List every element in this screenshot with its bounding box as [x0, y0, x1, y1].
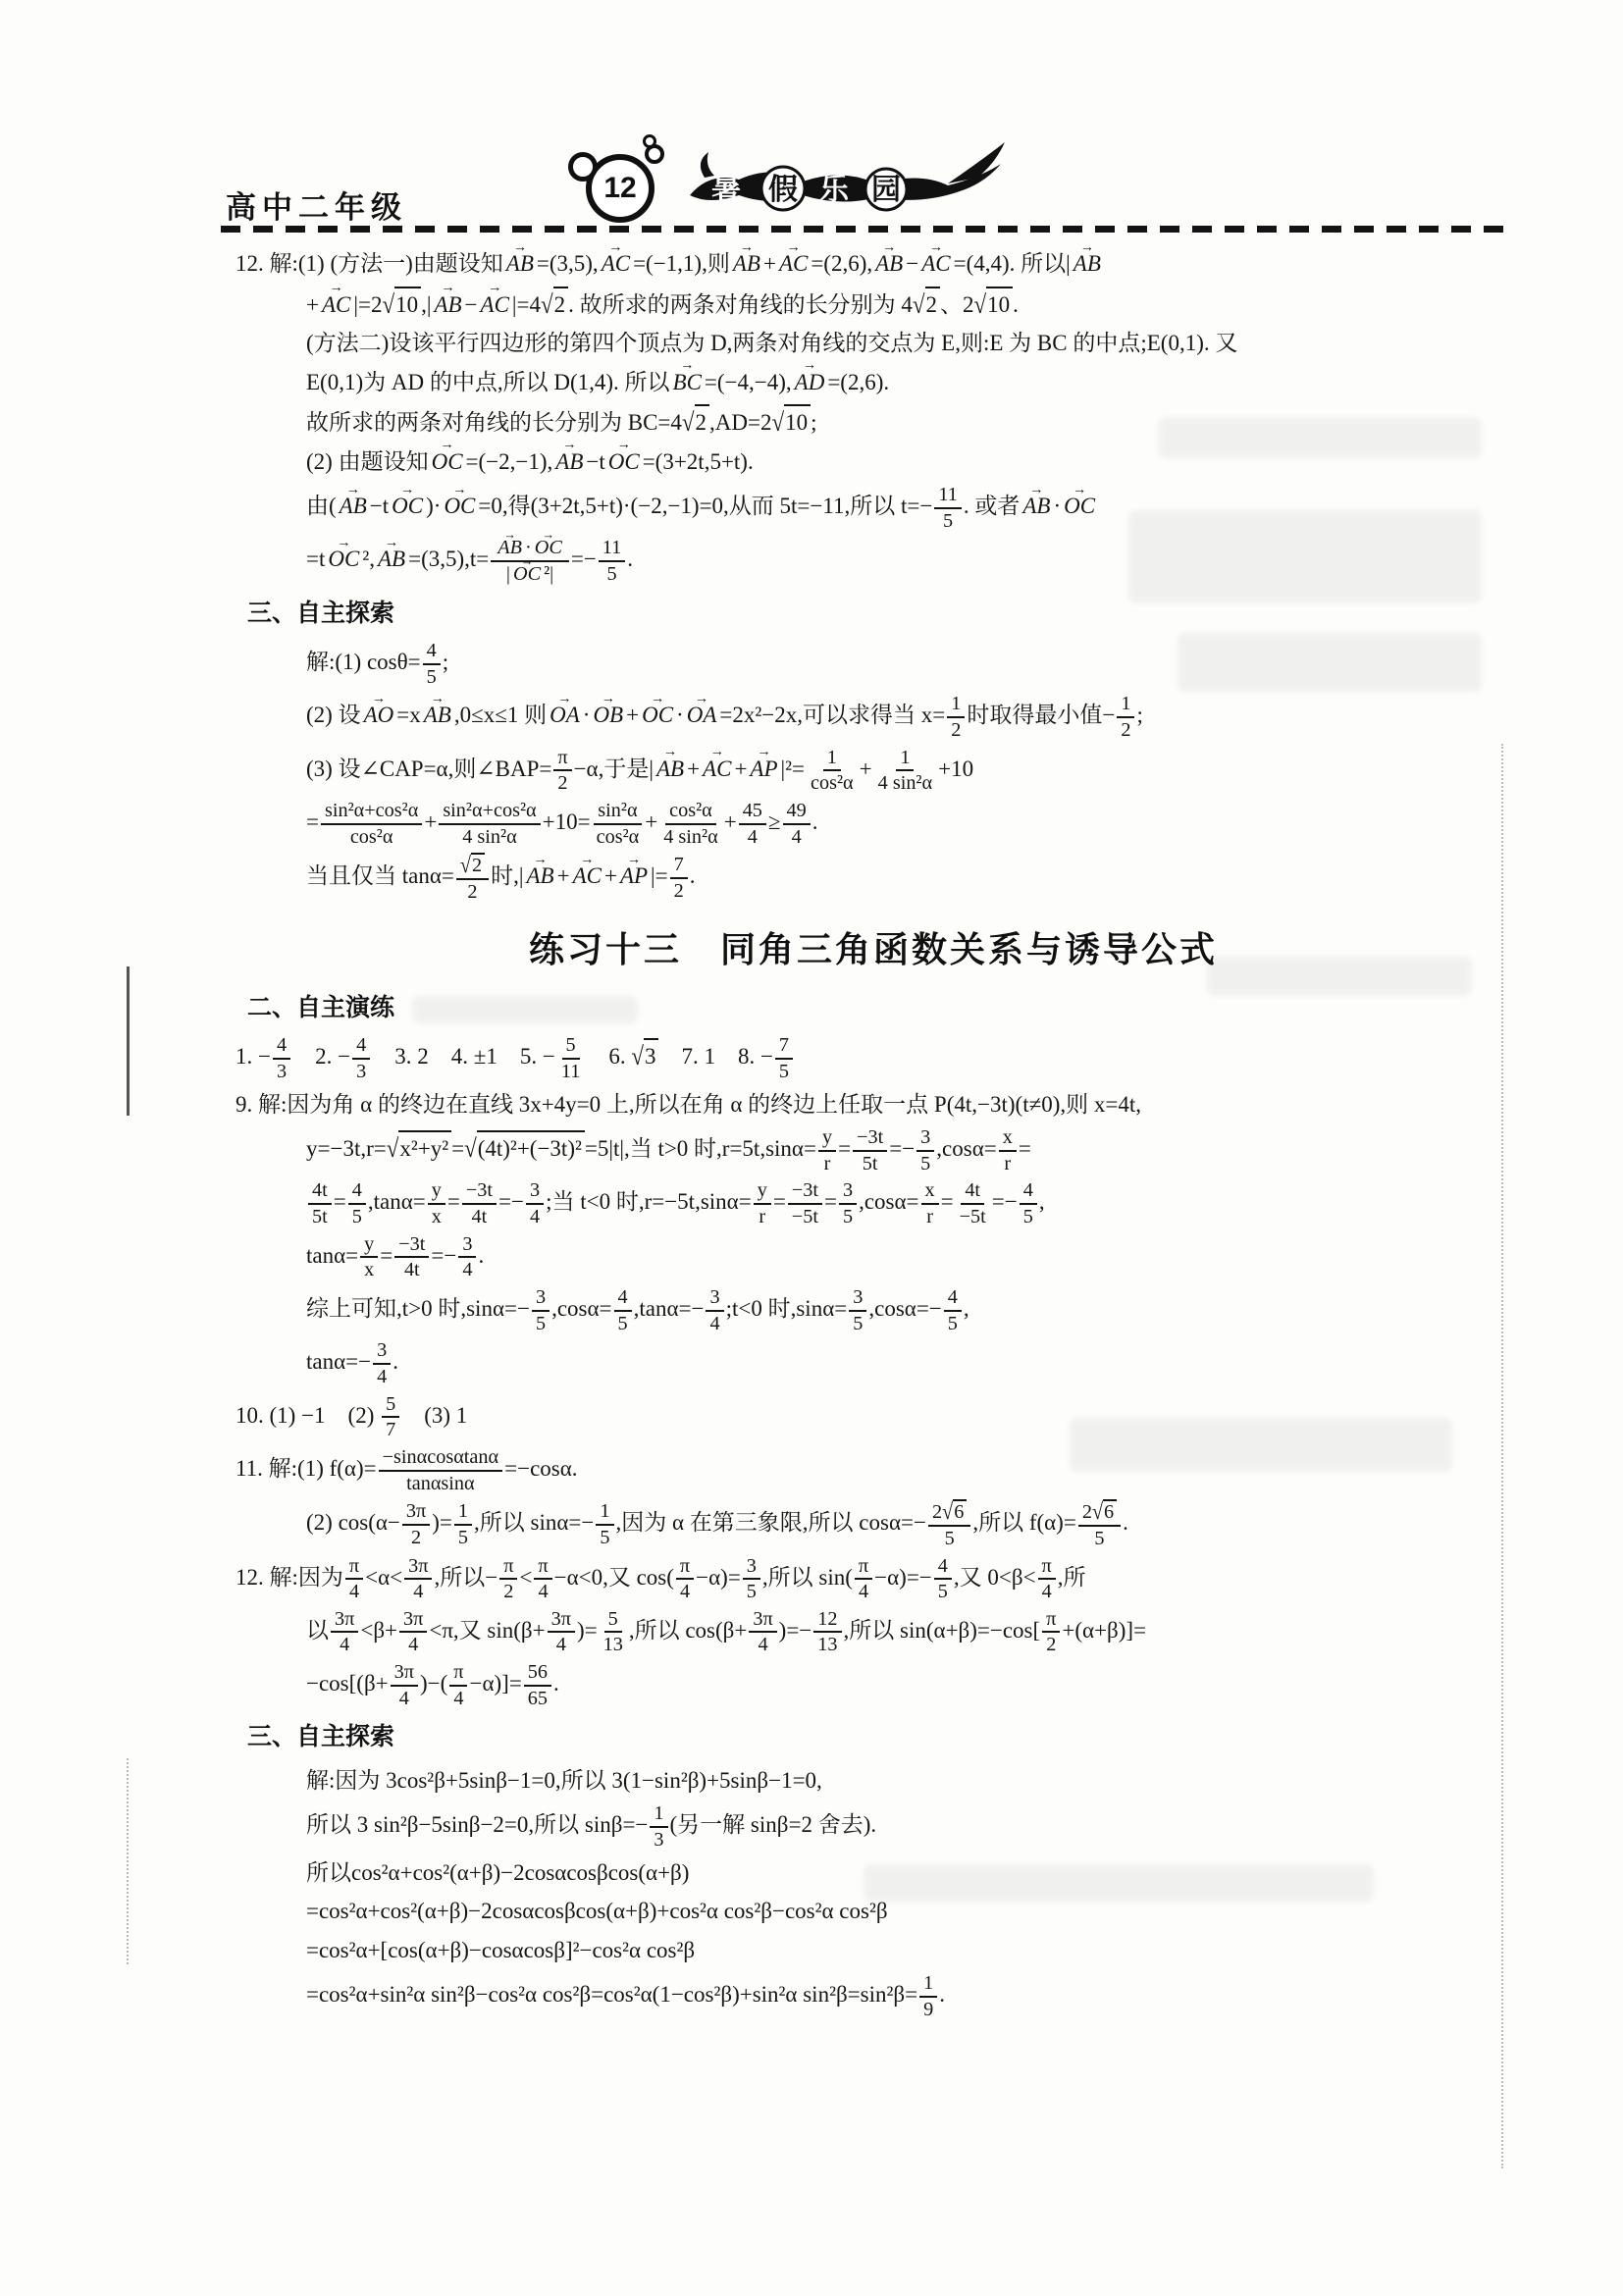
- text-line: tanα=yx=−3t4t=−34.: [306, 1233, 1511, 1281]
- explore-1-solution: 解:(1) cosθ=45;(2) 设AO=xAB,0≤x≤1 则OA·OB+O…: [236, 640, 1511, 904]
- decor-char: 暑: [711, 174, 741, 206]
- practice-answers: 1. −43 2. −43 3. 2 4. ±1 5. −511 6. √3 7…: [236, 1034, 1511, 1709]
- scan-artifact-left-edge-mark: [127, 1758, 131, 1964]
- problem-12-solution: 12. 解:(1) (方法一)由题设知AB=(3,5),AC=(−1,1),则A…: [236, 247, 1511, 586]
- exercise-title: 练习十三 同角三角函数关系与诱导公式: [236, 923, 1511, 976]
- text-line: 所以cos²α+cos²(α+β)−2cosαcosβcos(α+β): [306, 1856, 1511, 1891]
- text-line: y=−3t,r=√x²+y²=√(4t)²+(−3t)²=5|t|,当 t>0 …: [306, 1126, 1511, 1174]
- text-line: =cos²α+sin²α sin²β−cos²α cos²β=cos²α(1−c…: [306, 1972, 1511, 2020]
- explore-2-solution: 解:因为 3cos²β+5sinβ−1=0,所以 3(1−sin²β)+5sin…: [236, 1764, 1511, 2021]
- page-number-badge: 12: [586, 154, 654, 223]
- badge-bubble-icon: [643, 134, 656, 148]
- text-line: (2) cos(α−3π2)=15,所以 sinα=−15,因为 α 在第三象限…: [306, 1499, 1511, 1549]
- text-line: 当且仅当 tanα=√22时,|AB+AC+AP|=72.: [306, 853, 1511, 903]
- summer-fun-decoration: 暑 假 乐 园: [685, 134, 1009, 228]
- section-heading-explore-1: 三、自主探索: [247, 596, 1511, 633]
- text-line: =tOC²,AB=(3,5),t=AB·OC|OC²|=−115.: [306, 537, 1511, 585]
- text-line: 综上可知,t>0 时,sinα=−35,cosα=45,tanα=−34;t<0…: [306, 1286, 1511, 1334]
- text-line: 4t5t=45,tanα=yx=−3t4t=−34;当 t<0 时,r=−5t,…: [306, 1179, 1511, 1227]
- text-line: 11. 解:(1) f(α)=−sinαcosαtanαtanαsinα=−co…: [236, 1446, 1511, 1494]
- text-line: 12. 解:因为π4<α<3π4,所以−π2<π4−α<0,又 cos(π4−α…: [236, 1555, 1511, 1603]
- decor-char: 园: [871, 174, 901, 206]
- scan-artifact-left-edge-mark: [127, 966, 130, 1116]
- decor-char: 乐: [819, 174, 850, 206]
- text-line: (方法二)设该平行四边形的第四个顶点为 D,两条对角线的交点为 E,则:E 为 …: [306, 327, 1511, 361]
- section-heading-explore-2: 三、自主探索: [247, 1719, 1511, 1756]
- text-line: 1. −43 2. −43 3. 2 4. ±1 5. −511 6. √3 7…: [236, 1034, 1511, 1082]
- decor-char: 假: [768, 174, 798, 206]
- page-content: 12. 解:(1) (方法一)由题设知AB=(3,5),AC=(−1,1),则A…: [236, 247, 1511, 2026]
- grade-label: 高中二年级: [226, 183, 407, 227]
- text-line: =cos²α+cos²(α+β)−2cosαcosβcos(α+β)+cos²α…: [306, 1895, 1511, 1929]
- text-line: 解:因为 3cos²β+5sinβ−1=0,所以 3(1−sin²β)+5sin…: [306, 1764, 1511, 1799]
- text-line: (2) 设AO=xAB,0≤x≤1 则OA·OB+OC·OA=2x²−2x,可以…: [306, 693, 1511, 741]
- text-line: tanα=−34.: [306, 1339, 1511, 1387]
- text-line: E(0,1)为 AD 的中点,所以 D(1,4). 所以BC=(−4,−4),A…: [306, 366, 1511, 400]
- page-number: 12: [603, 172, 636, 205]
- page-header: 高中二年级 12 暑 假 乐 园: [226, 152, 1515, 231]
- text-line: 所以 3 sin²β−5sinβ−2=0,所以 sinβ=−13(另一解 sin…: [306, 1802, 1511, 1851]
- badge-bubble-icon: [568, 152, 598, 182]
- text-line: 解:(1) cosθ=45;: [306, 640, 1511, 688]
- text-line: (2) 由题设知OC=(−2,−1),AB−tOC=(3+2t,5+t).: [306, 445, 1511, 480]
- text-line: −cos[(β+3π4)−(π4−α)]=5665.: [306, 1661, 1511, 1709]
- text-line: =sin²α+cos²αcos²α+sin²α+cos²α4 sin²α+10=…: [306, 800, 1511, 848]
- section-heading-practice: 二、自主演练: [247, 990, 1511, 1027]
- text-line: +AC|=2√10,|AB−AC|=4√2. 故所求的两条对角线的长分别为 4√…: [306, 287, 1511, 323]
- text-line: 10. (1) −1 (2) 57 (3) 1: [236, 1393, 1511, 1441]
- text-line: 故所求的两条对角线的长分别为 BC=4√2,AD=2√10;: [306, 404, 1511, 441]
- scanned-workbook-page: 高中二年级 12 暑 假 乐 园 12. 解:(1) (方法一)由题设知AB=(…: [0, 0, 1623, 2296]
- text-line: 12. 解:(1) (方法一)由题设知AB=(3,5),AC=(−1,1),则A…: [236, 247, 1511, 282]
- text-line: 以3π4<β+3π4<π,又 sin(β+3π4)=513,所以 cos(β+3…: [306, 1608, 1511, 1656]
- text-line: 由(AB−tOC)·OC=0,得(3+2t,5+t)·(−2,−1)=0,从而 …: [306, 484, 1511, 532]
- text-line: 9. 解:因为角 α 的终边在直线 3x+4y=0 上,所以在角 α 的终边上任…: [236, 1088, 1511, 1122]
- text-line: (3) 设∠CAP=α,则∠BAP=π2−α,于是|AB+AC+AP|²=1co…: [306, 747, 1511, 795]
- text-line: =cos²α+[cos(α+β)−cosαcosβ]²−cos²α cos²β: [306, 1934, 1511, 1968]
- dashed-divider: [221, 226, 1512, 233]
